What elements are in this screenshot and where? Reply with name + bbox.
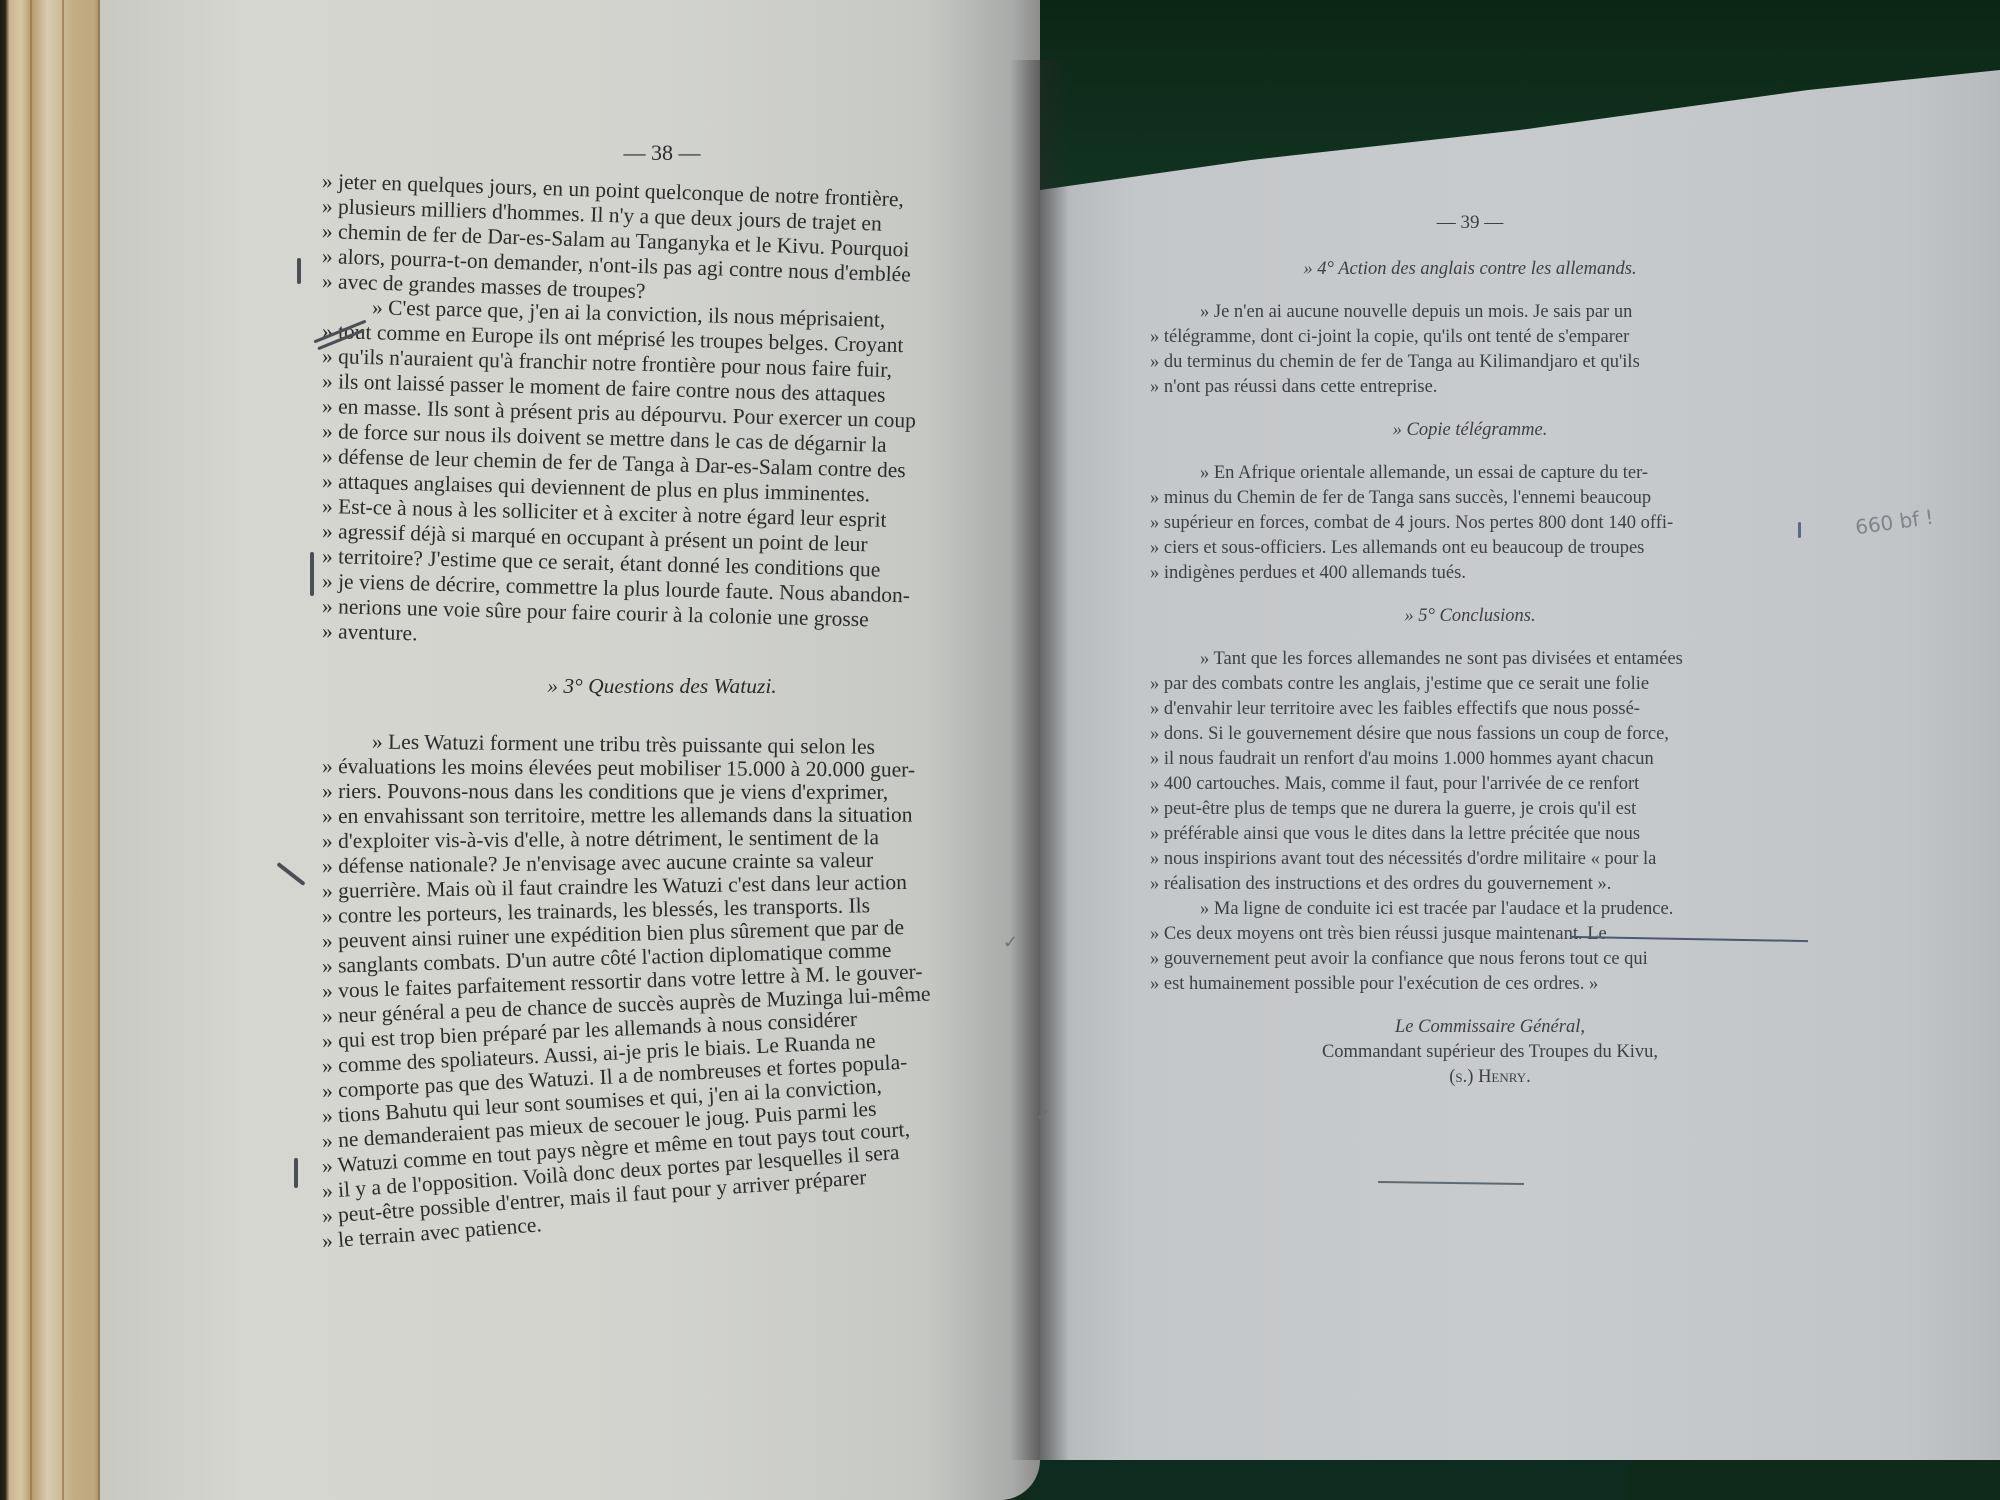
paragraph-watuzi: » Les Watuzi forment une tribu très puis… xyxy=(322,729,1002,1254)
left-page-text: — 38 — » jeter en quelques jours, en un … xyxy=(322,140,1002,1254)
text-line: » Ces deux moyens ont très bien réussi j… xyxy=(1150,922,1790,947)
text-line: » dons. Si le gouvernement désire que no… xyxy=(1150,722,1790,747)
checkmark-icon: ✓ xyxy=(1003,932,1018,953)
paragraph-closing: » Ma ligne de conduite ici est tracée pa… xyxy=(1150,897,1790,997)
page-edge-line xyxy=(62,0,64,1500)
text-line: » préférable ainsi que vous le dites dan… xyxy=(1150,822,1790,847)
text-line: » Tant que les forces allemandes ne sont… xyxy=(1150,647,1790,672)
text-line: » Je n'en ai aucune nouvelle depuis un m… xyxy=(1150,300,1790,325)
text-line: » du terminus du chemin de fer de Tanga … xyxy=(1150,350,1790,375)
text-line: » nous inspirions avant tout des nécessi… xyxy=(1150,847,1790,872)
text-line: » est humainement possible pour l'exécut… xyxy=(1150,972,1790,997)
page-number-38: — 38 — xyxy=(322,140,1002,165)
text-line: » par des combats contre les anglais, j'… xyxy=(1150,672,1790,697)
text-line: » réalisation des instructions et des or… xyxy=(1150,872,1790,897)
text-line: » indigènes perdues et 400 allemands tué… xyxy=(1150,561,1790,586)
checkmark-icon: ✓ xyxy=(1036,1105,1051,1126)
paragraph-action-anglais: » Je n'en ai aucune nouvelle depuis un m… xyxy=(1150,300,1790,400)
text-line: » 400 cartouches. Mais, comme il faut, p… xyxy=(1150,772,1790,797)
signature-name: (s.) Henry. xyxy=(1150,1065,1790,1090)
text-line: » Ma ligne de conduite ici est tracée pa… xyxy=(1150,897,1790,922)
page-edge-line xyxy=(30,0,32,1500)
heading-copie-telegramme: » Copie télégramme. xyxy=(1150,418,1790,443)
paragraph-telegramme: » En Afrique orientale allemande, un ess… xyxy=(1150,461,1790,586)
text-line: » il nous faudrait un renfort d'au moins… xyxy=(1150,747,1790,772)
section-heading-conclusions: » 5° Conclusions. xyxy=(1150,604,1790,629)
pencil-margin-bar xyxy=(1798,522,1801,538)
paragraph-conclusions: » Tant que les forces allemandes ne sont… xyxy=(1150,647,1790,897)
text-line: » riers. Pouvons-nous dans les condition… xyxy=(322,779,1002,805)
book-page-stack-edge xyxy=(0,0,105,1500)
text-line: » En Afrique orientale allemande, un ess… xyxy=(1150,461,1790,486)
text-line: » n'ont pas réussi dans cette entreprise… xyxy=(1150,375,1790,400)
text-line: » télégramme, dont ci-joint la copie, qu… xyxy=(1150,325,1790,350)
paragraph: » jeter en quelques jours, en un point q… xyxy=(322,169,1002,294)
pencil-margin-bar xyxy=(294,1158,298,1188)
text-line: » gouvernement peut avoir la confiance q… xyxy=(1150,947,1790,972)
paragraph: » C'est parce que, j'en ai la conviction… xyxy=(322,294,1002,644)
text-line: » ciers et sous-officiers. Les allemands… xyxy=(1150,536,1790,561)
book-gutter xyxy=(1010,60,1070,1460)
text-line: » minus du Chemin de fer de Tanga sans s… xyxy=(1150,486,1790,511)
pencil-margin-bar xyxy=(297,258,301,284)
right-page-text: — 39 — » 4° Action des anglais contre le… xyxy=(1150,210,1790,1090)
pencil-margin-bar xyxy=(310,552,314,596)
signature-title: Le Commissaire Général, xyxy=(1150,1015,1790,1040)
section-heading-watuzi: » 3° Questions des Watuzi. xyxy=(322,674,1002,699)
page-number-39: — 39 — xyxy=(1150,210,1790,235)
signature-role: Commandant supérieur des Troupes du Kivu… xyxy=(1150,1040,1790,1065)
text-line: » d'envahir leur territoire avec les fai… xyxy=(1150,697,1790,722)
text-line: » supérieur en forces, combat de 4 jours… xyxy=(1150,511,1790,536)
section-heading-action-anglais: » 4° Action des anglais contre les allem… xyxy=(1150,257,1790,282)
text-line: » peut-être plus de temps que ne durera … xyxy=(1150,797,1790,822)
